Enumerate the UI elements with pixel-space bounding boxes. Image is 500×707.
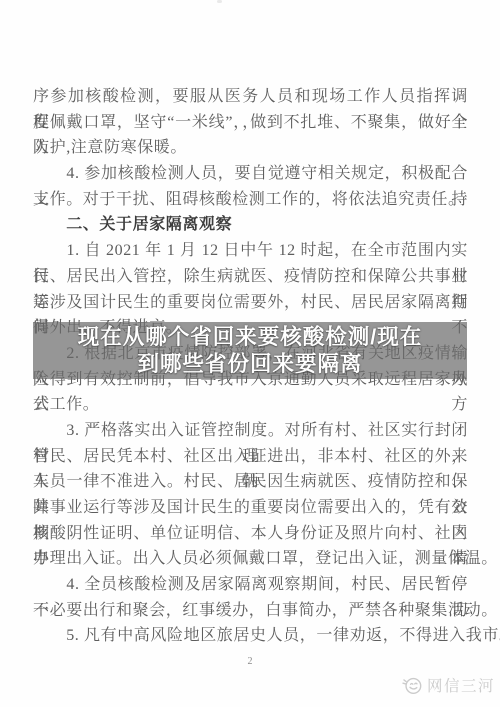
paper-speck	[217, 0, 222, 3]
text-line: 4. 全员核酸检测及居家隔离观察期间，村民、居民暂停一切	[33, 572, 468, 598]
watermark: 网信三河	[401, 674, 495, 696]
text-line: 工作。对于干扰、阻碍核酸检测工作的，将依法追究责任。	[33, 187, 468, 213]
text-line: 人员一律不准进入。村民、居民因生病就医、疫情防控和保障公	[33, 469, 468, 495]
text-line: 不必要出行和聚会，红事缓办，白事简办，严禁各种聚集活动。	[33, 598, 468, 624]
watermark-text: 网信三河	[427, 674, 495, 696]
text-line: 防护,注意防寒保暖。	[33, 135, 468, 161]
caption-title-line1: 现在从哪个省回来要核酸检测/现在	[78, 324, 422, 351]
text-line: 5. 凡有中高风险地区旅居史人员，一律劝返，不得进入我市。	[33, 623, 468, 649]
caption-title-line2: 到哪些省份回来要隔离	[137, 351, 362, 378]
text-line: 核酸阴性证明、单位证明信、本人身份证及照片向村、社区申请	[33, 521, 468, 547]
text-line: 村民、居民凭本村、社区出入证进出，非本村、社区的外来车辆、	[33, 444, 468, 470]
text-line: 程佩戴口罩，坚守“一米线”，做到不扎堆、不聚集，做好个人	[33, 110, 468, 136]
text-line: 办理出入证。出入人员必须佩戴口罩，登记出入证，测量体温。	[33, 546, 468, 572]
section-heading: 二、关于居家隔离观察	[33, 212, 468, 238]
text-line: 4. 参加核酸检测人员，要自觉遵守相关规定，积极配合支持	[33, 161, 468, 187]
page-number: 2	[33, 656, 467, 667]
laughing-face-icon	[401, 674, 423, 696]
text-line: 共事业运行等涉及国计民生的重要岗位需要出入的，凭有效期内	[33, 495, 468, 521]
text-line: 3. 严格落实出入证管控制度。对所有村、社区实行封闭管理，	[33, 418, 468, 444]
text-line: 1. 自 2021 年 1 月 12 日中午 12 时起，在全市范围内实行村	[33, 238, 468, 264]
text-line: 序参加核酸检测，要服从医务人员和现场工作人员指挥调度，全	[33, 84, 468, 110]
caption-overlay: 现在从哪个省回来要核酸检测/现在 到哪些省份回来要隔离	[33, 322, 467, 379]
text-line: 民、居民出入管控，除生病就医、疫情防控和保障公共事业运行	[33, 264, 468, 290]
text-line: 等涉及国计民生的重要岗位需要外，村民、居民居家隔离期间不	[33, 290, 468, 316]
